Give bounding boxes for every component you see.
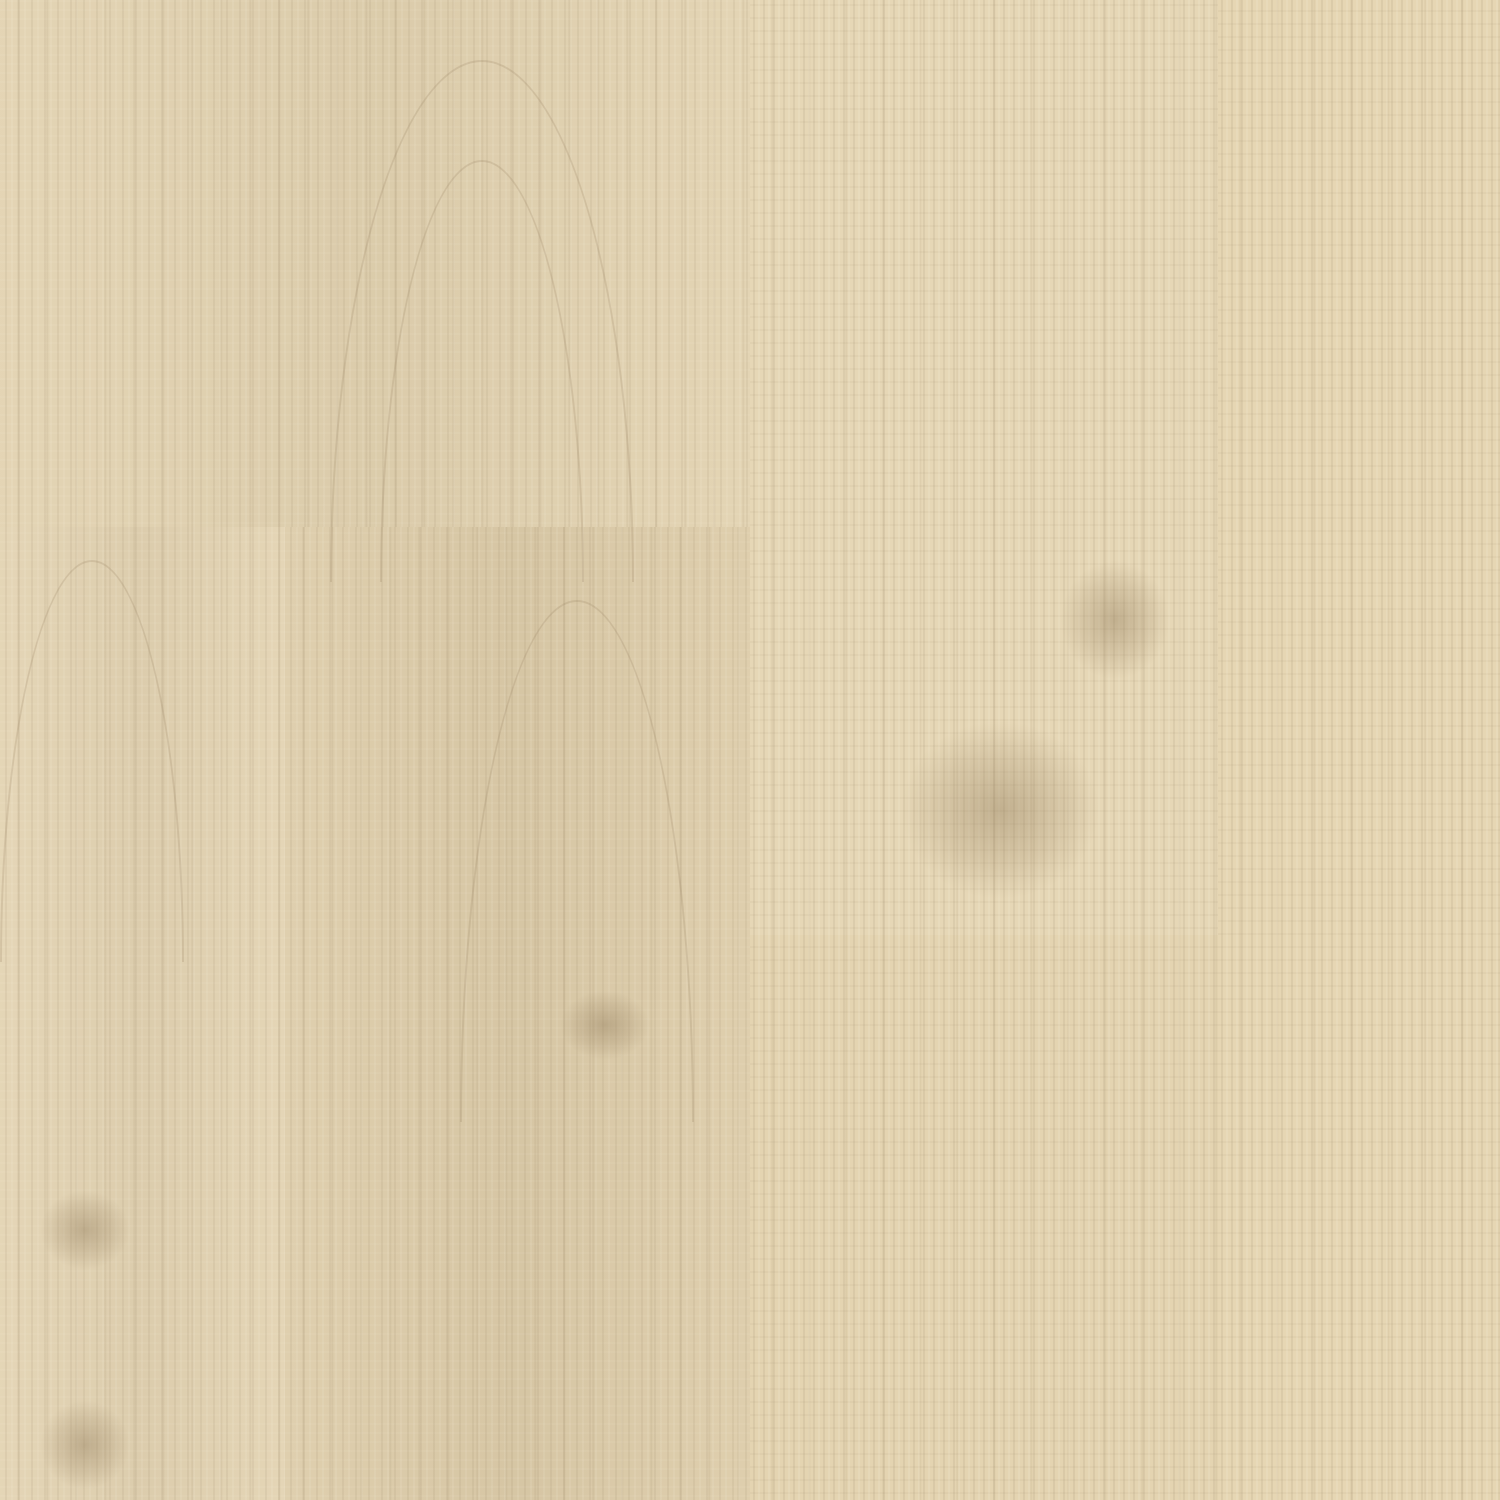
plank-center-right-lower xyxy=(750,935,1218,1500)
plank-left-strip-lower xyxy=(0,527,285,1500)
plank-left-upper xyxy=(0,0,750,527)
plank-right-column xyxy=(1218,0,1500,1500)
wood-floor-texture xyxy=(0,0,1500,1500)
plank-center-right-upper xyxy=(750,0,1218,935)
plank-center-left-lower xyxy=(285,527,750,1500)
